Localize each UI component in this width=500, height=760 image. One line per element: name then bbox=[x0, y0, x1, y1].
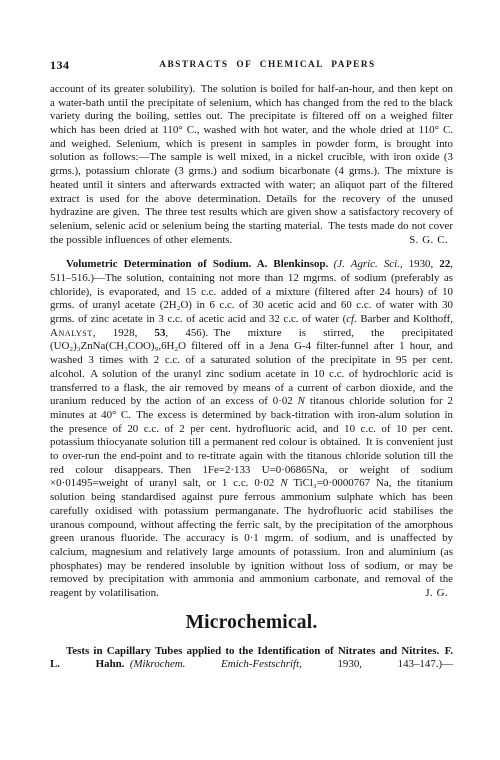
abstract-attribution: S. G. C. bbox=[403, 234, 448, 248]
page-header: 134 ABSTRACTS OF CHEMICAL PAPERS bbox=[50, 58, 453, 72]
abstract-volumetric-sodium: Volumetric Determination of Sodium. A. B… bbox=[50, 258, 453, 601]
journal-page: 134 ABSTRACTS OF CHEMICAL PAPERS account… bbox=[0, 0, 500, 760]
abstract-text: Tests in Capillary Tubes applied to the … bbox=[50, 645, 453, 671]
abstract-attribution: J. G. bbox=[403, 587, 448, 601]
page-number: 134 bbox=[50, 58, 70, 73]
abstract-capillary-tubes: Tests in Capillary Tubes applied to the … bbox=[50, 645, 453, 672]
abstract-text: account of its greater solubility). The … bbox=[50, 83, 453, 246]
running-title: ABSTRACTS OF CHEMICAL PAPERS bbox=[159, 60, 375, 70]
abstract-selenium-continuation: account of its greater solubility). The … bbox=[50, 83, 453, 247]
abstract-text: Volumetric Determination of Sodium. A. B… bbox=[50, 258, 453, 599]
section-heading-microchemical: Microchemical. bbox=[50, 612, 453, 634]
